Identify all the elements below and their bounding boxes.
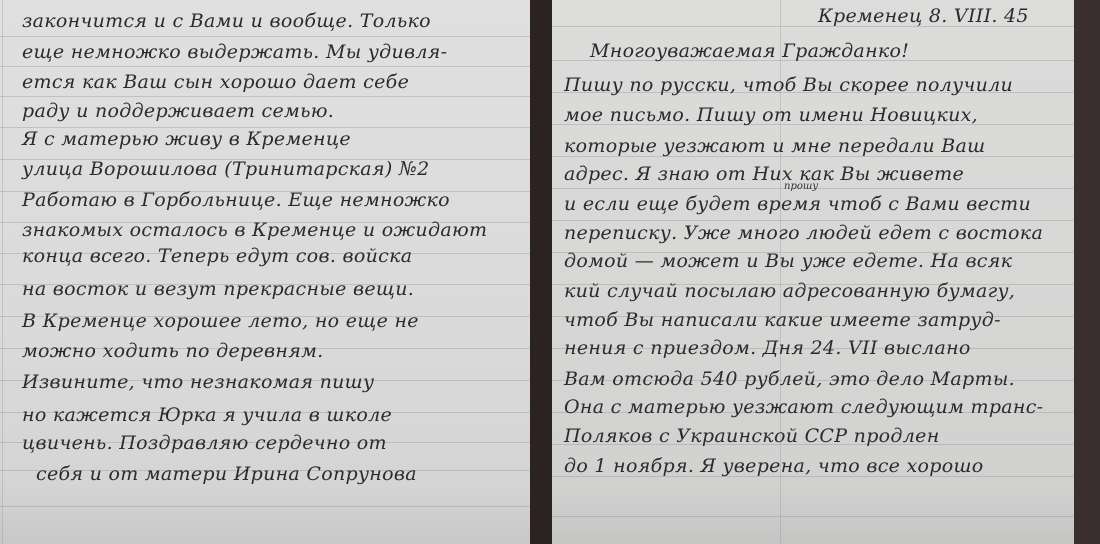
text-line: конца всего. Теперь едут сов. войска [22, 245, 412, 267]
letter-page-right: Кременец 8. VIII. 45 Многоуважаемая Граж… [552, 0, 1074, 544]
letter-page-left: закончится и с Вами и вообще. Только еще… [0, 0, 530, 544]
text-line: улица Ворошилова (Тринитарская) №2 [22, 158, 430, 180]
interlinear-insert: прошу [784, 181, 818, 192]
text-line: В Кременце хорошее лето, но еще не [22, 310, 419, 332]
page-binding [530, 0, 552, 544]
text-line: кий случай посылаю адресованную бумагу, [564, 280, 1015, 302]
signature-line: себя и от матери Ирина Сопрунова [36, 463, 417, 485]
text-line: Я с матерью живу в Кременце [22, 128, 351, 150]
text-line: переписку. Уже много людей едет с восток… [564, 222, 1043, 244]
text-line: еще немножко выдержать. Мы удивля- [22, 41, 447, 63]
salutation: Многоуважаемая Гражданко! [590, 40, 909, 62]
text-line: можно ходить по деревням. [22, 340, 323, 362]
text-line: Вам отсюда 540 рублей, это дело Марты. [564, 368, 1015, 390]
text-line: которые уезжают и мне передали Ваш [564, 135, 985, 157]
text-line: знакомых осталось в Кременце и ожидают [22, 219, 487, 241]
text-line: и если еще будет время чтоб с Вами вести [564, 193, 1031, 215]
text-line: домой — может и Вы уже едете. На всяк [564, 250, 1012, 272]
text-line: адрес. Я знаю от Них как Вы живете [564, 163, 964, 185]
text-line: Пишу по русски, чтоб Вы скорее получили [564, 74, 1013, 96]
text-line: раду и поддерживает семью. [22, 100, 334, 122]
text-line: Извините, что незнакомая пишу [22, 371, 374, 393]
text-line: Работаю в Горбольнице. Еще немножко [22, 189, 450, 211]
text-line: Поляков с Украинской ССР продлен [564, 425, 940, 447]
text-line: до 1 ноября. Я уверена, что все хорошо [564, 455, 984, 477]
text-line: нения с приездом. Дня 24. VII выслано [564, 337, 971, 359]
text-line: на восток и везут прекрасные вещи. [22, 278, 414, 300]
text-line: ется как Ваш сын хорошо дает себе [22, 71, 409, 93]
text-line: цвичень. Поздравляю сердечно от [22, 432, 387, 454]
text-line: мое письмо. Пишу от имени Новицких, [564, 104, 978, 126]
text-line: чтоб Вы написали какие имеете затруд- [564, 309, 1001, 331]
page-edge [1074, 0, 1100, 544]
text-line: закончится и с Вами и вообще. Только [22, 10, 431, 32]
text-line: но кажется Юрка я учила в школе [22, 404, 392, 426]
place-date: Кременец 8. VIII. 45 [818, 5, 1029, 27]
